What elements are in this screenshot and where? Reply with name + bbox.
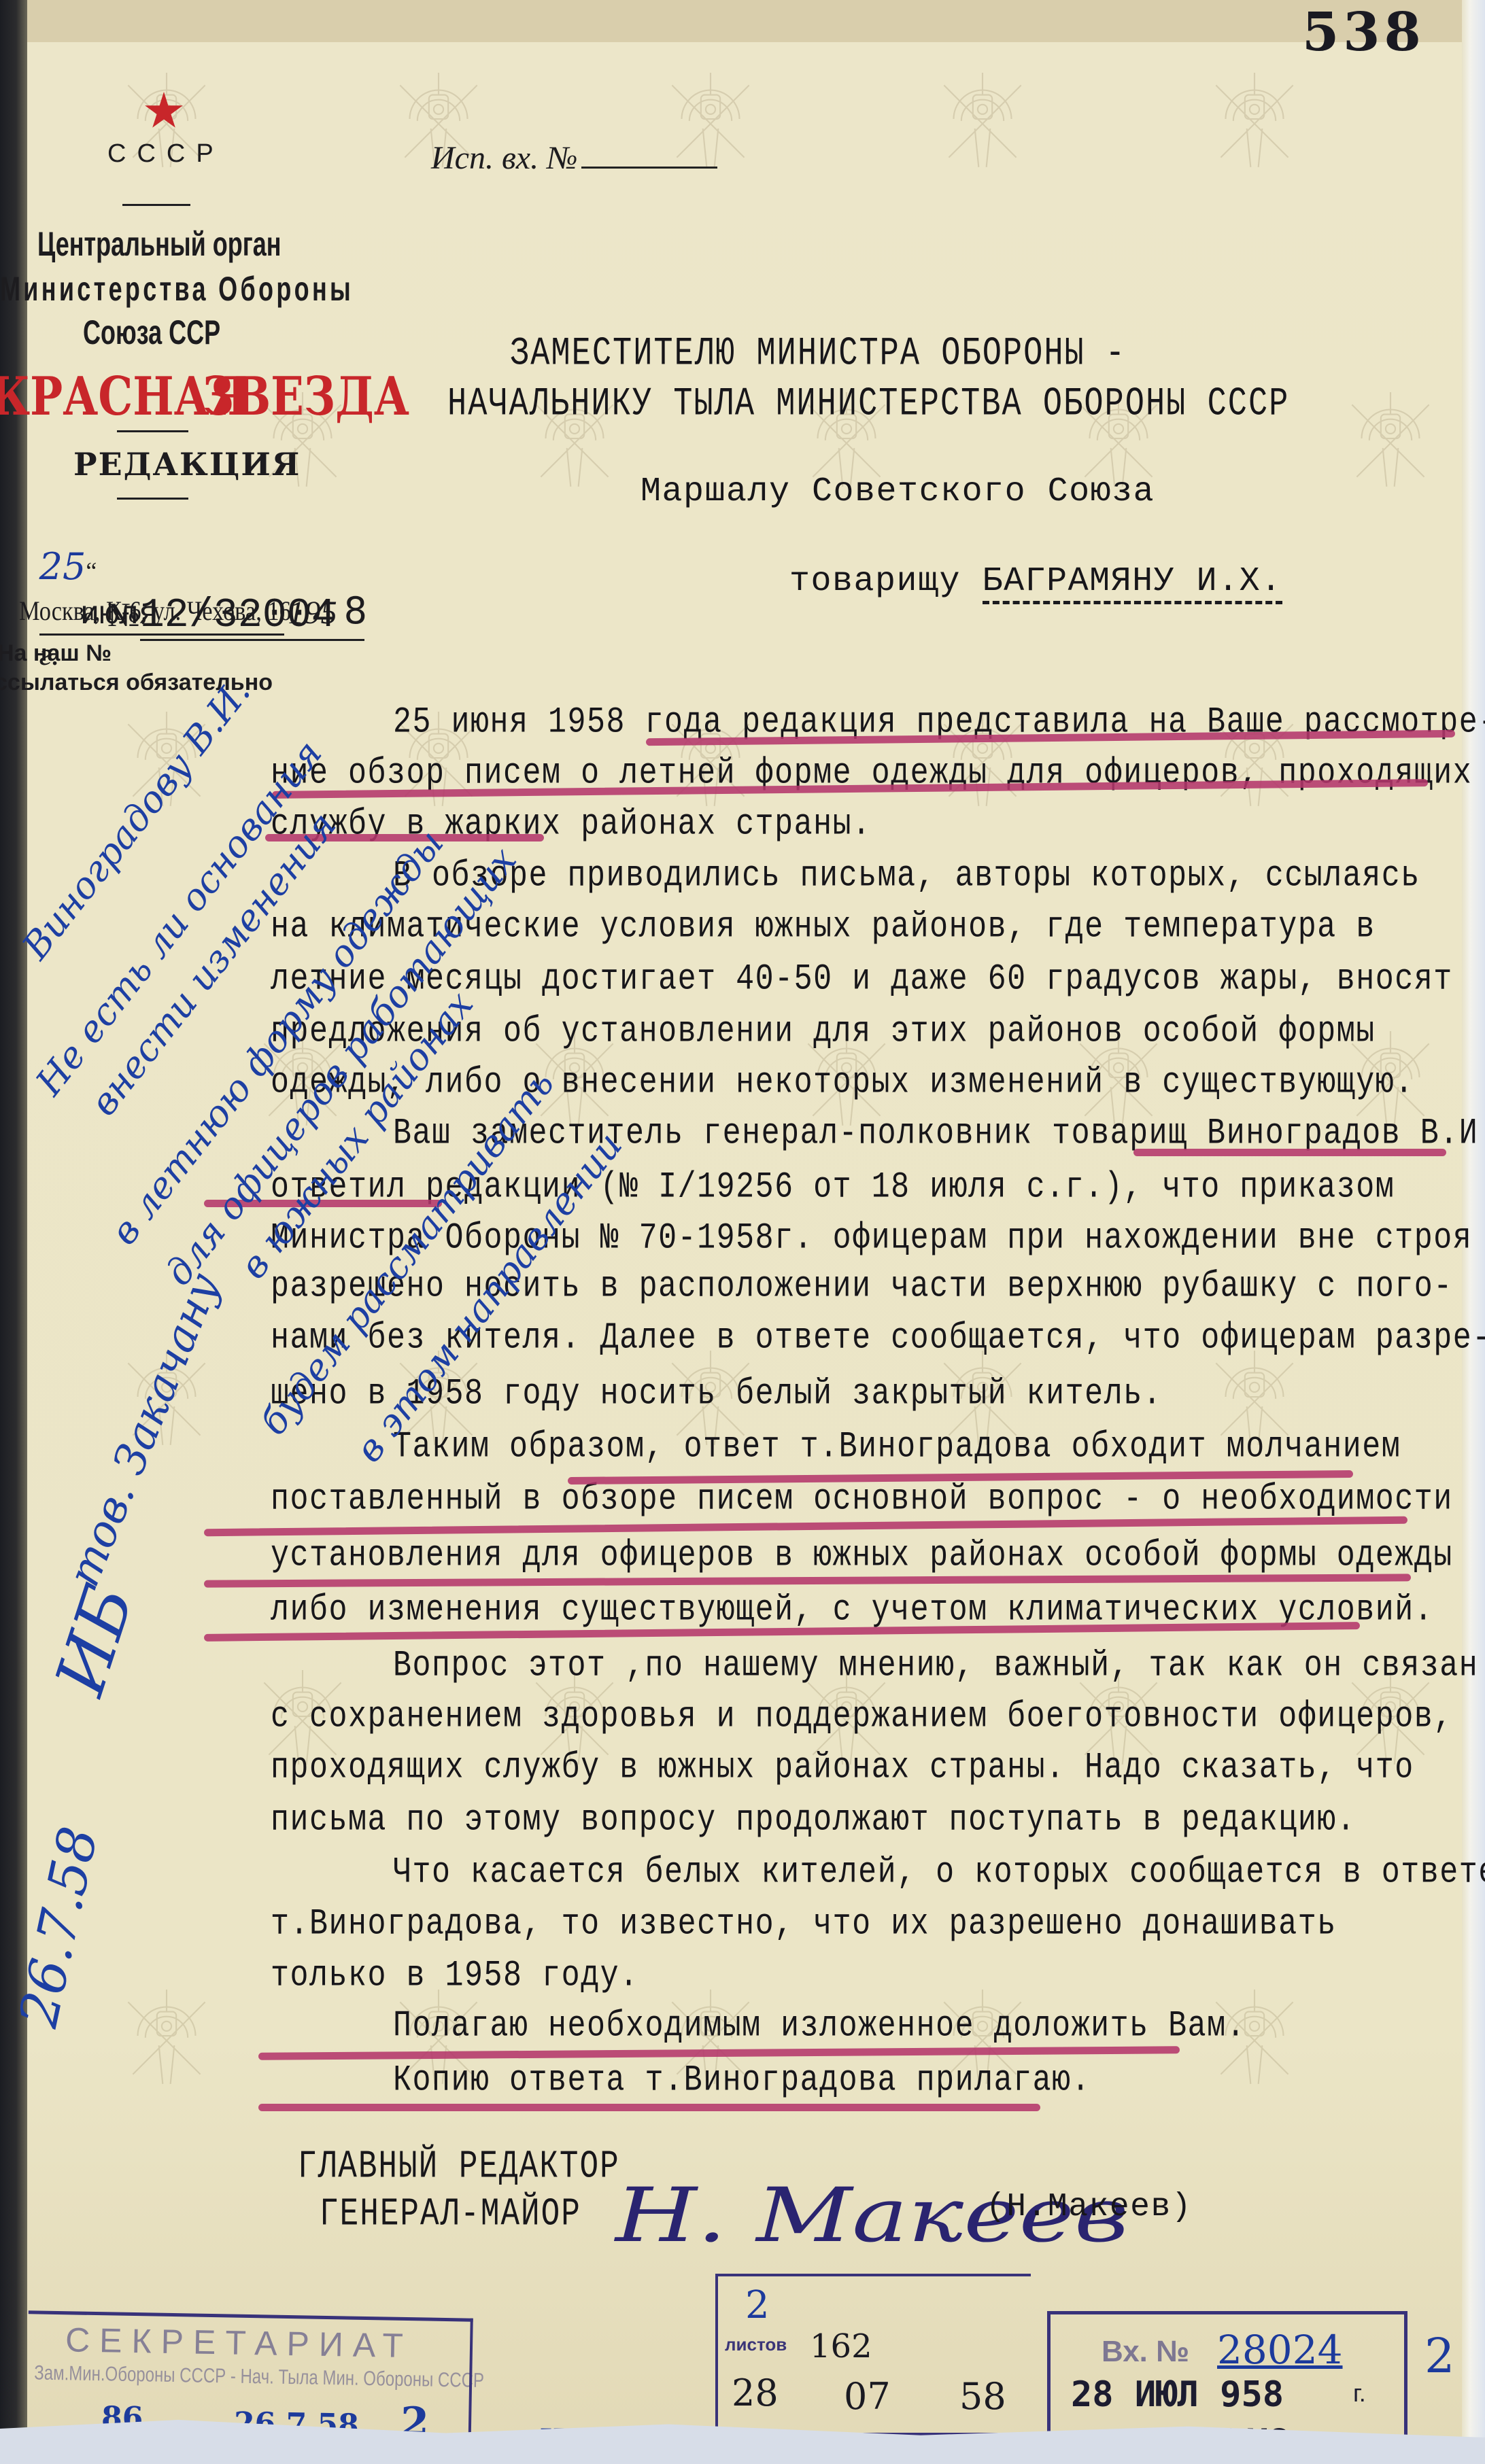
incoming-stamp-date: 28 ИЮЛ 958	[1071, 2374, 1284, 2415]
addressee-line2: НАЧАЛЬНИКУ ТЫЛА МИНИСТЕРСТВА ОБОРОНЫ ССС…	[447, 382, 1289, 427]
sheets-date-year: 58	[959, 2375, 1006, 2418]
highlight-mark	[258, 2104, 1040, 2111]
addressee-name: БАГРАМЯНУ И.Х.	[983, 562, 1282, 604]
sheets-date-month: 07	[844, 2375, 891, 2418]
watermark-emblem-icon	[932, 61, 1034, 177]
reference-line1: На наш №	[0, 640, 112, 667]
incoming-stamp-label: Вх. №	[1102, 2335, 1189, 2369]
body-line: Таким образом, ответ т.Виноградова обход…	[393, 1426, 1401, 1468]
body-line: проходящих службу в южных районах страны…	[271, 1747, 1414, 1788]
body-line: одежды, либо о внесении некоторых измене…	[271, 1062, 1414, 1103]
addressee-line4: товарищу БАГРАМЯНУ И.Х.	[747, 523, 1282, 601]
highlight-mark	[1133, 1149, 1446, 1156]
body-line: разрешено носить в расположении части ве…	[271, 1266, 1453, 1307]
sheets-date-day: 28	[732, 2372, 779, 2414]
divider	[117, 430, 188, 432]
body-line: Полагаю необходимым изложенное доложить …	[393, 2005, 1246, 2047]
newspaper-title-part2: ЗВЕЗДА	[203, 366, 409, 428]
incoming-stamp-number: 28024	[1217, 2327, 1343, 2373]
body-line: письма по этому вопросу продолжают посту…	[271, 1799, 1356, 1841]
incoming-blank	[581, 167, 717, 169]
letterhead-country: СССР	[107, 139, 224, 169]
stamp-subtitle: Зам.Мин.Обороны СССР - Нач. Тыла Мин. Об…	[34, 2361, 484, 2393]
letterhead-department: РЕДАКЦИЯ	[73, 446, 301, 483]
sheets-label: листов	[725, 2334, 787, 2355]
body-line: В обзоре приводились письма, авторы кото…	[393, 855, 1420, 897]
sheets-count: 2	[745, 2283, 770, 2327]
stamp-title: СЕКРЕТАРИАТ	[65, 2320, 413, 2365]
signature-title-line1: ГЛАВНЫЙ РЕДАКТОР	[298, 2145, 620, 2189]
incoming-stamp-year-suffix: г.	[1353, 2379, 1366, 2408]
addressee-line3: Маршалу Советского Союза	[641, 472, 1155, 511]
body-line: Что касается белых кителей, о которых со…	[393, 1852, 1485, 1893]
incoming-label: Исп. вх. №	[431, 140, 577, 176]
body-line: Вопрос этот ,по нашему мнению, важный, т…	[393, 1645, 1478, 1686]
incoming-number-label: Исп. вх. №	[415, 102, 717, 177]
watermark-emblem-icon	[1204, 61, 1305, 177]
divider	[122, 204, 190, 206]
body-line: Копию ответа т.Виноградова прилагаю.	[393, 2060, 1091, 2101]
body-line: поставленный в обзоре писем основной воп…	[271, 1478, 1453, 1520]
page-number: 538	[1302, 1, 1425, 63]
addressee-line1: ЗАМЕСТИТЕЛЮ МИНИСТРА ОБОРОНЫ -	[510, 332, 1126, 377]
letterhead-org-line1: Центральный орган	[37, 224, 281, 264]
addressee-prefix: товарищу	[789, 562, 961, 601]
signature-typed-name: (Н.Макеев)	[986, 2189, 1192, 2225]
divider	[117, 498, 188, 500]
body-line: т.Виноградова, то известно, что их разре…	[271, 1903, 1337, 1945]
letterhead-address: Москва, К-6, ул. Чехова, 16	[19, 595, 291, 627]
watermark-emblem-icon	[1339, 381, 1441, 496]
sheets-extra-number: 162	[810, 2327, 872, 2365]
body-line: установления для офицеров в южных района…	[271, 1535, 1453, 1576]
incoming-side-number: 2	[1424, 2328, 1455, 2384]
body-line: только в 1958 году.	[271, 1955, 639, 1996]
sheets-stamp: 2 листов 162 28 07 58	[715, 2274, 1031, 2435]
letterhead-org-line2: Министерства Обороны	[0, 269, 354, 309]
watermark-emblem-icon	[116, 1978, 218, 2094]
signature-title-line2: ГЕНЕРАЛ-МАЙОР	[320, 2192, 581, 2236]
body-line: с сохранением здоровья и поддержанием бо…	[271, 1696, 1453, 1737]
letterhead-org-line3: Союза ССР	[83, 313, 220, 352]
